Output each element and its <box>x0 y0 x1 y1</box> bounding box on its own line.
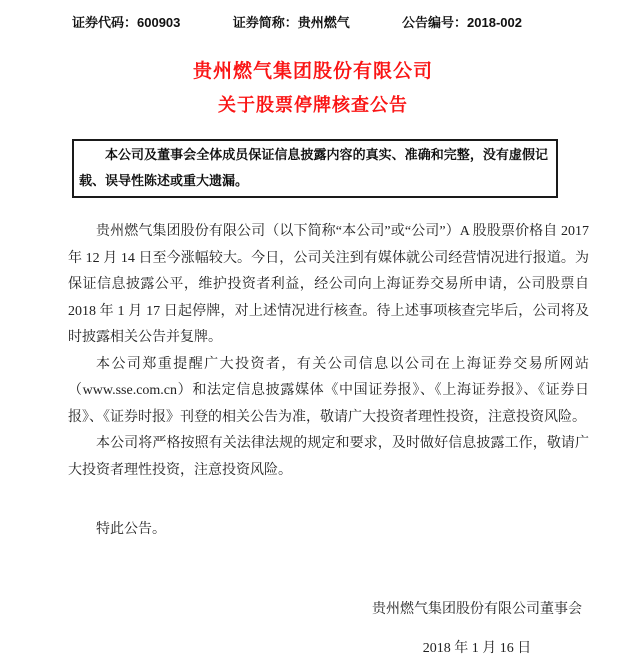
stock-code-label: 证券代码： <box>72 15 137 30</box>
securities-info-header: 证券代码：600903 证券简称：贵州燃气 公告编号：2018-002 <box>72 12 522 31</box>
stock-code: 证券代码：600903 <box>72 12 180 31</box>
body-paragraph-2: 本公司郑重提醒广大投资者，有关公司信息以公司在上海证券交易所网站（www.sse… <box>68 352 589 432</box>
body-paragraph-1: 贵州燃气集团股份有限公司（以下简称“本公司”或“公司”）A 股股票价格自 201… <box>68 219 589 352</box>
stock-name-label: 证券简称： <box>233 15 298 30</box>
company-title: 贵州燃气集团股份有限公司 <box>0 56 626 83</box>
closing-line: 特此公告。 <box>68 517 589 544</box>
announcement-number-label: 公告编号： <box>402 15 467 30</box>
announcement-body: 贵州燃气集团股份有限公司（以下简称“本公司”或“公司”）A 股股票价格自 201… <box>68 219 589 544</box>
body-paragraph-3: 本公司将严格按照有关法律法规的规定和要求，及时做好信息披露工作，敬请广大投资者理… <box>68 431 589 484</box>
stock-short-name: 证券简称：贵州燃气 <box>233 12 350 31</box>
signature-board: 贵州燃气集团股份有限公司董事会 <box>372 597 582 624</box>
stock-code-value: 600903 <box>137 15 180 30</box>
announcement-number-value: 2018-002 <box>467 15 522 30</box>
announcement-document: 证券代码：600903 证券简称：贵州燃气 公告编号：2018-002 贵州燃气… <box>0 0 626 672</box>
announcement-subtitle: 关于股票停牌核查公告 <box>0 91 626 117</box>
stock-name-value: 贵州燃气 <box>298 15 350 30</box>
declaration-box: 本公司及董事会全体成员保证信息披露内容的真实、准确和完整，没有虚假记载、误导性陈… <box>72 139 558 198</box>
declaration-text: 本公司及董事会全体成员保证信息披露内容的真实、准确和完整，没有虚假记载、误导性陈… <box>79 142 548 194</box>
signature-block: 贵州燃气集团股份有限公司董事会 2018 年 1 月 16 日 <box>372 597 582 662</box>
announcement-date: 2018 年 1 月 16 日 <box>372 636 582 663</box>
announcement-number: 公告编号：2018-002 <box>402 12 522 31</box>
